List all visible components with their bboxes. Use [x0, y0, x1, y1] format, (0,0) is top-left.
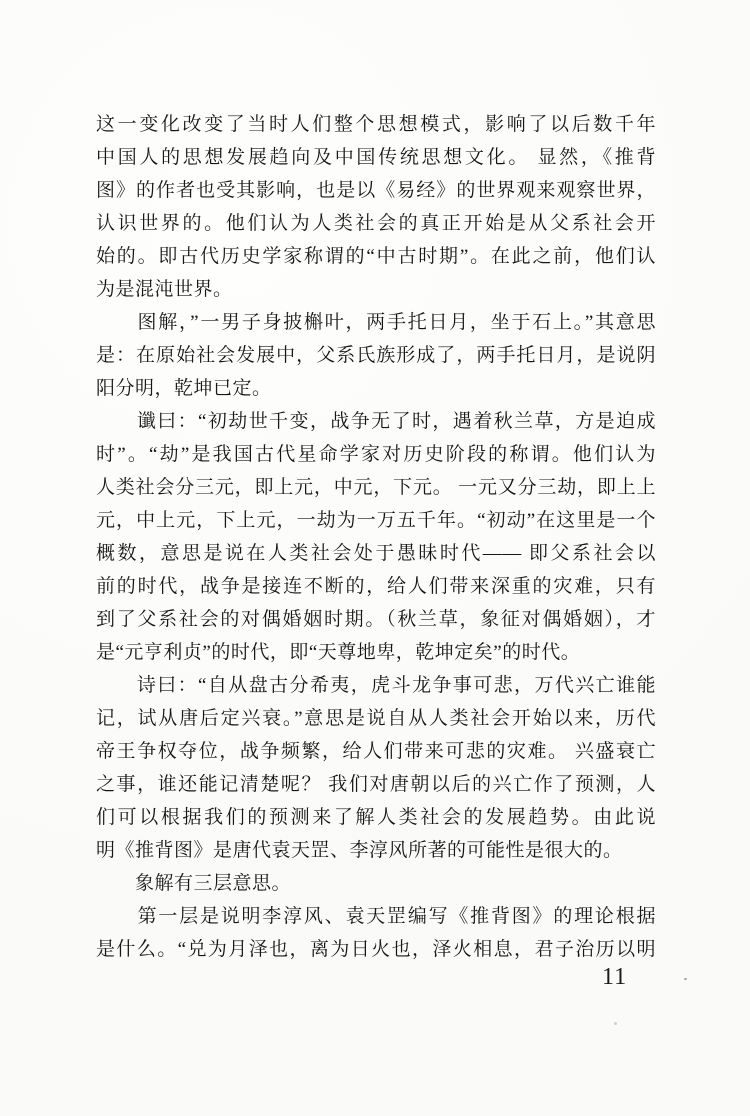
text-line: 中国人的思想发展趋向及中国传统思想文化。 显然，《推背	[96, 141, 656, 174]
text-line: 明《推背图》是唐代袁天罡、李淳风所著的可能性是很大的。	[96, 834, 656, 867]
scan-speck	[684, 978, 687, 980]
text-line: 之事，谁还能记清楚呢？ 我们对唐朝以后的兴亡作了预测，人	[96, 768, 656, 801]
scan-speck	[614, 1022, 617, 1025]
page-text-block: 这一变化改变了当时人们整个思想模式，影响了以后数千年 中国人的思想发展趋向及中国…	[96, 108, 656, 966]
text-line: 这一变化改变了当时人们整个思想模式，影响了以后数千年	[96, 108, 656, 141]
scan-speck	[296, 652, 298, 654]
book-page-scan: 这一变化改变了当时人们整个思想模式，影响了以后数千年 中国人的思想发展趋向及中国…	[0, 0, 750, 1116]
text-line: 诗曰：“自从盘古分希夷，虎斗龙争事可悲，万代兴亡谁能	[96, 669, 656, 702]
text-line: 到了父系社会的对偶婚姻时期。（秋兰草，象征对偶婚姻），才	[96, 603, 656, 636]
text-line: 图》的作者也受其影响，也是以《易经》的世界观来观察世界，	[96, 174, 656, 207]
text-line: 帝王争权夺位，战争频繁，给人们带来可悲的灾难。 兴盛衰亡	[96, 735, 656, 768]
text-line: 第一层是说明李淳风、袁天罡编写《推背图》的理论根据	[96, 900, 656, 933]
text-line: 记，试从唐后定兴衰。”意思是说自从人类社会开始以来，历代	[96, 702, 656, 735]
text-line: 象解有三层意思。	[96, 867, 656, 900]
text-line: 认识世界的。他们认为人类社会的真正开始是从父系社会开	[96, 207, 656, 240]
text-line: 始的。即古代历史学家称谓的“中古时期”。在此之前，他们认	[96, 240, 656, 273]
text-line: 是：在原始社会发展中，父系氏族形成了，两手托日月，是说阴	[96, 339, 656, 372]
text-line: 前的时代，战争是接连不断的，给人们带来深重的灾难，只有	[96, 570, 656, 603]
page-number: 11	[602, 964, 627, 991]
text-line: 阳分明，乾坤已定。	[96, 372, 656, 405]
text-line: 们可以根据我们的预测来了解人类社会的发展趋势。由此说	[96, 801, 656, 834]
text-line: 元，中上元，下上元，一劫为一万五千年。“初动”在这里是一个	[96, 504, 656, 537]
text-line: 时”。“劫”是我国古代星命学家对历史阶段的称谓。他们认为	[96, 438, 656, 471]
text-line: 图解，”一男子身披槲叶，两手托日月，坐于石上。”其意思	[96, 306, 656, 339]
text-line: 人类社会分三元，即上元，中元，下元。 一元又分三劫，即上上	[96, 471, 656, 504]
text-line: 是什么。“兑为月泽也，离为日火也，泽火相息，君子治历以明	[96, 933, 656, 966]
text-line: 谶曰：“初劫世千变，战争无了时，遇着秋兰草，方是迫成	[96, 405, 656, 438]
text-line: 为是混沌世界。	[96, 273, 656, 306]
text-line: 概数，意思是说在人类社会处于愚昧时代—— 即父系社会以	[96, 537, 656, 570]
text-line: 是“元亨利贞”的时代，即“天尊地卑，乾坤定矣”的时代。	[96, 636, 656, 669]
